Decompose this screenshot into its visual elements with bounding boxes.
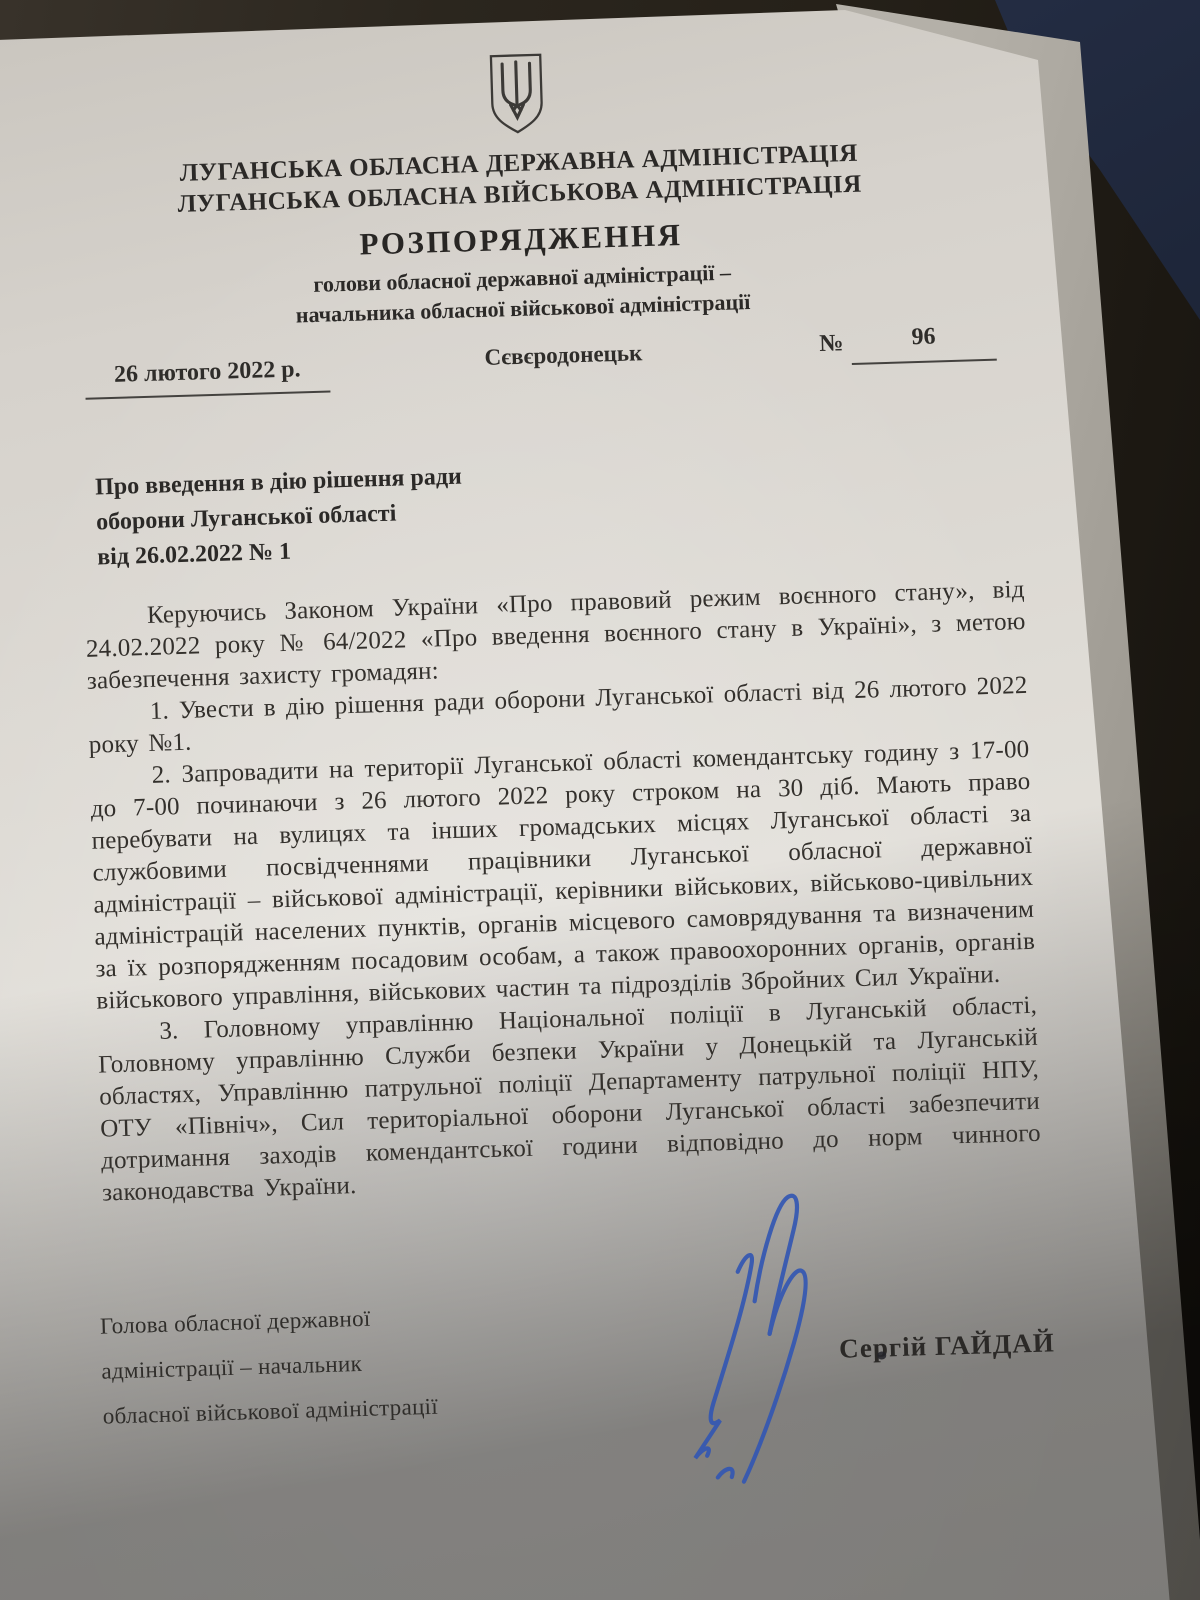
document-number: 96 — [851, 322, 997, 365]
signer-name: Сергій ГАЙДАЙ — [839, 1327, 1056, 1364]
number-sign: № — [819, 330, 844, 358]
signature-block: Голова обласної державної адміністрації … — [47, 1261, 1064, 1551]
signer-position: Голова обласної державної адміністрації … — [99, 1294, 438, 1439]
meta-row: 26 лютого 2022 р. Сєвєродонецьк № 96 — [19, 329, 1031, 431]
document-photo: ЛУГАНСЬКА ОБЛАСНА ДЕРЖАВНА АДМІНІСТРАЦІЯ… — [0, 0, 1200, 1600]
paragraph-item-3: 3. Головному управлінню Національної пол… — [97, 990, 1042, 1210]
body-text: Керуючись Законом України «Про правовий … — [85, 574, 1043, 1210]
document-city: Сєвєродонецьк — [484, 340, 643, 371]
document-content: ЛУГАНСЬКА ОБЛАСНА ДЕРЖАВНА АДМІНІСТРАЦІЯ… — [9, 0, 1066, 1600]
handwritten-signature — [639, 1174, 849, 1510]
ukraine-trident-emblem — [484, 51, 548, 137]
document-date: 26 лютого 2022 р. — [84, 355, 330, 399]
paragraph-item-2: 2. Запровадити на території Луганської о… — [89, 734, 1036, 1018]
subject-block: Про введення в дію рішення ради оборони … — [95, 443, 1036, 576]
signer-position-line3: обласної військової адміністрації — [102, 1384, 439, 1439]
